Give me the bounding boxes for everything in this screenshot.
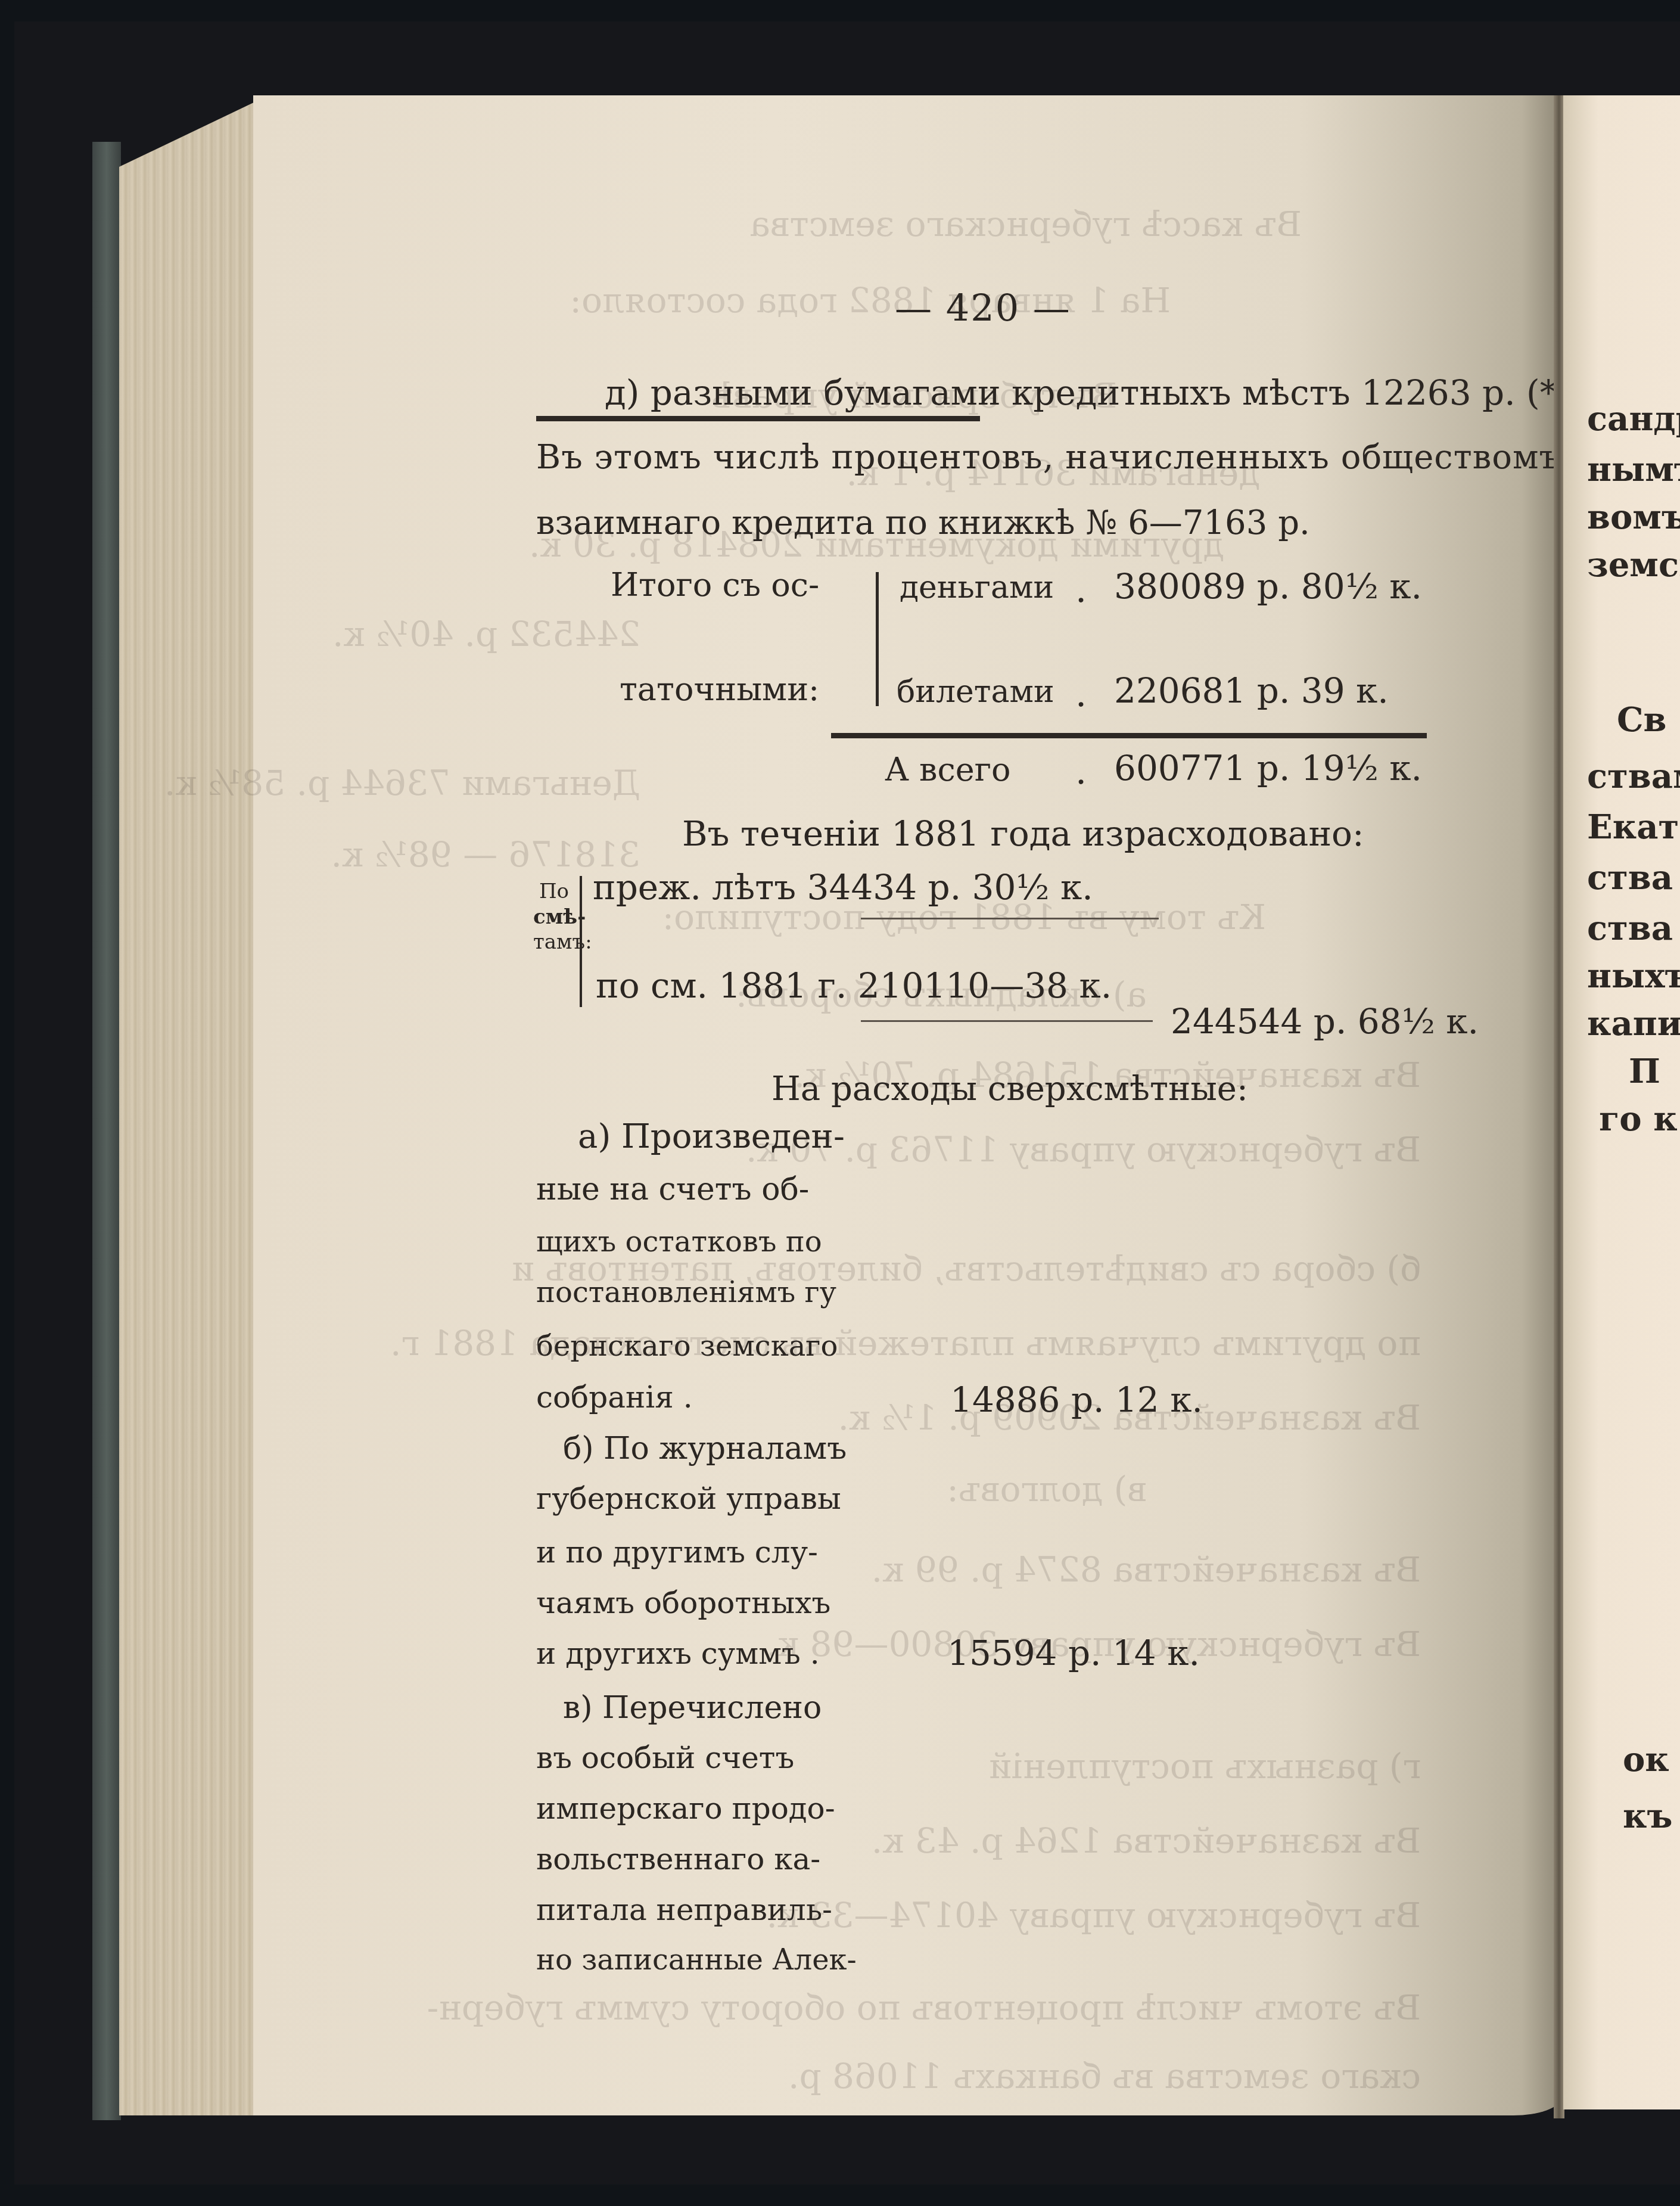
bleed-line: г) разныхъ поступленій bbox=[988, 1746, 1421, 1786]
interest-line-1: Въ этомъ числѣ процентовъ, начисленныхъ … bbox=[536, 441, 1561, 474]
bleed-line: Въ губернскую управу 40174—33 к. bbox=[767, 1895, 1421, 1935]
item-c-line: в) Перечислено bbox=[563, 1692, 822, 1723]
item-a-line: бернскаго земскаго bbox=[536, 1332, 838, 1360]
all-label: А всего bbox=[885, 754, 1010, 786]
item-b-line: чаямъ оборотныхъ bbox=[536, 1588, 830, 1618]
estimates-sum: 244544 р. 68½ к. bbox=[1171, 1004, 1479, 1039]
estimates-brace bbox=[580, 876, 582, 1007]
item-a-line: постановленіямъ гу bbox=[536, 1278, 836, 1307]
left-page: Въ кассѣ губернскаго земства На 1 января… bbox=[253, 95, 1561, 2115]
money-label: деньгами bbox=[900, 572, 1054, 603]
item-a-line: ные на счетъ об- bbox=[536, 1174, 809, 1205]
bleed-line: Въ казначейства 1264 р. 43 к. bbox=[872, 1820, 1421, 1861]
right-page: сандро нымъ вомъ земск Св ствам Екате ст… bbox=[1563, 95, 1680, 2109]
bleed-line: скаго земства въ банкахъ 11068 р. bbox=[788, 2056, 1421, 2096]
tickets-label: билетами bbox=[897, 676, 1054, 707]
totals-label-2: таточными: bbox=[620, 673, 819, 706]
sum-rule bbox=[861, 1020, 1153, 1022]
right-fragment: земск bbox=[1587, 545, 1680, 585]
item-c-line: имперскаго продо- bbox=[536, 1794, 835, 1823]
item-b-line: и другихъ суммъ . bbox=[536, 1639, 820, 1669]
extra-header: На расходы сверхсмѣтные: bbox=[771, 1073, 1248, 1106]
item-c-line: вольственнаго ка- bbox=[536, 1844, 820, 1874]
tickets-value: 220681 р. 39 к. bbox=[1114, 673, 1389, 708]
bleed-line: Въ губернскую управу 11763 р. 70 к. bbox=[746, 1129, 1421, 1170]
page-number: — 420 — bbox=[894, 286, 1072, 330]
bleed-line: Въ кассѣ губернскаго земства bbox=[749, 204, 1302, 244]
right-fragment: ства bbox=[1587, 909, 1673, 948]
right-fragment: ныхъ bbox=[1587, 956, 1680, 996]
item-d-line: д) разными бумагами кредитныхъ мѣстъ 122… bbox=[605, 375, 1570, 410]
totals-rule bbox=[831, 733, 1427, 738]
prior-years-rule bbox=[861, 918, 1159, 919]
right-fragment: ок bbox=[1623, 1740, 1669, 1779]
item-a-line: собранія . bbox=[536, 1382, 693, 1412]
right-fragment: Екате bbox=[1587, 807, 1680, 847]
prior-years-line: преж. лѣтъ 34434 р. 30½ к. bbox=[593, 870, 1093, 905]
right-fragment: сандро bbox=[1587, 399, 1680, 439]
side-label-line: смѣ- bbox=[533, 905, 575, 930]
right-fragment: го к bbox=[1599, 1099, 1678, 1139]
right-fragment: капи bbox=[1587, 1004, 1680, 1043]
bleed-line: Въ этомъ числѣ процентовъ по обороту сум… bbox=[427, 1987, 1421, 2028]
item-c-line: питала неправиль- bbox=[536, 1895, 832, 1925]
right-fragment: Св bbox=[1617, 700, 1666, 740]
page-stack-edge bbox=[119, 101, 256, 2115]
year-1881-line: по см. 1881 г. 210110—38 к. bbox=[596, 968, 1112, 1003]
side-label-line: тамъ: bbox=[533, 930, 575, 955]
item-b-line: б) По журналамъ bbox=[563, 1433, 847, 1464]
bleed-line: Деньгами 73644 р. 58½ к. bbox=[164, 763, 640, 803]
side-label-line: По bbox=[533, 879, 575, 905]
item-d-underline bbox=[536, 416, 980, 421]
money-dot: . bbox=[1075, 572, 1087, 608]
estimates-side-label: По смѣ- тамъ: bbox=[533, 879, 575, 955]
right-fragment: ствам bbox=[1587, 757, 1680, 796]
item-a-amount: 14886 р. 12 к. bbox=[950, 1382, 1203, 1417]
bleed-line: 244532 р. 40½ к. bbox=[332, 614, 640, 654]
right-fragment: къ bbox=[1623, 1797, 1672, 1836]
bleed-line: На 1 января 1882 года состояло: bbox=[570, 280, 1171, 321]
totals-label-1: Итого съ ос- bbox=[611, 569, 819, 601]
all-value: 600771 р. 19½ к. bbox=[1114, 751, 1422, 785]
money-value: 380089 р. 80½ к. bbox=[1114, 569, 1422, 604]
item-b-amount: 15594 р. 14 к. bbox=[947, 1636, 1200, 1670]
right-fragment: нымъ bbox=[1587, 450, 1680, 489]
book-cover-edge bbox=[92, 142, 121, 2120]
all-dot: . bbox=[1075, 754, 1087, 790]
right-fragment: вомъ bbox=[1587, 498, 1680, 537]
item-c-line: въ особый счетъ bbox=[536, 1743, 794, 1773]
totals-brace bbox=[876, 572, 879, 706]
spent-header: Въ теченіи 1881 года израсходовано: bbox=[682, 816, 1364, 851]
item-b-line: губернской управы bbox=[536, 1484, 841, 1514]
tickets-dot: . bbox=[1075, 676, 1087, 712]
right-fragment: П bbox=[1629, 1052, 1660, 1091]
item-b-line: и по другимъ слу- bbox=[536, 1537, 818, 1567]
interest-line-2: взаимнаго кредита по книжкѣ № 6—7163 р. bbox=[536, 507, 1310, 540]
item-a-line: а) Произведен- bbox=[578, 1120, 845, 1154]
item-c-line: но записанные Алек- bbox=[536, 1946, 857, 1974]
right-fragment: ства bbox=[1587, 858, 1673, 897]
item-a-line: щихъ остатковъ по bbox=[536, 1228, 822, 1256]
bleed-line: в) долговъ: bbox=[947, 1469, 1147, 1509]
bleed-line: Въ казначейства 8274 р. 99 к. bbox=[872, 1549, 1421, 1590]
